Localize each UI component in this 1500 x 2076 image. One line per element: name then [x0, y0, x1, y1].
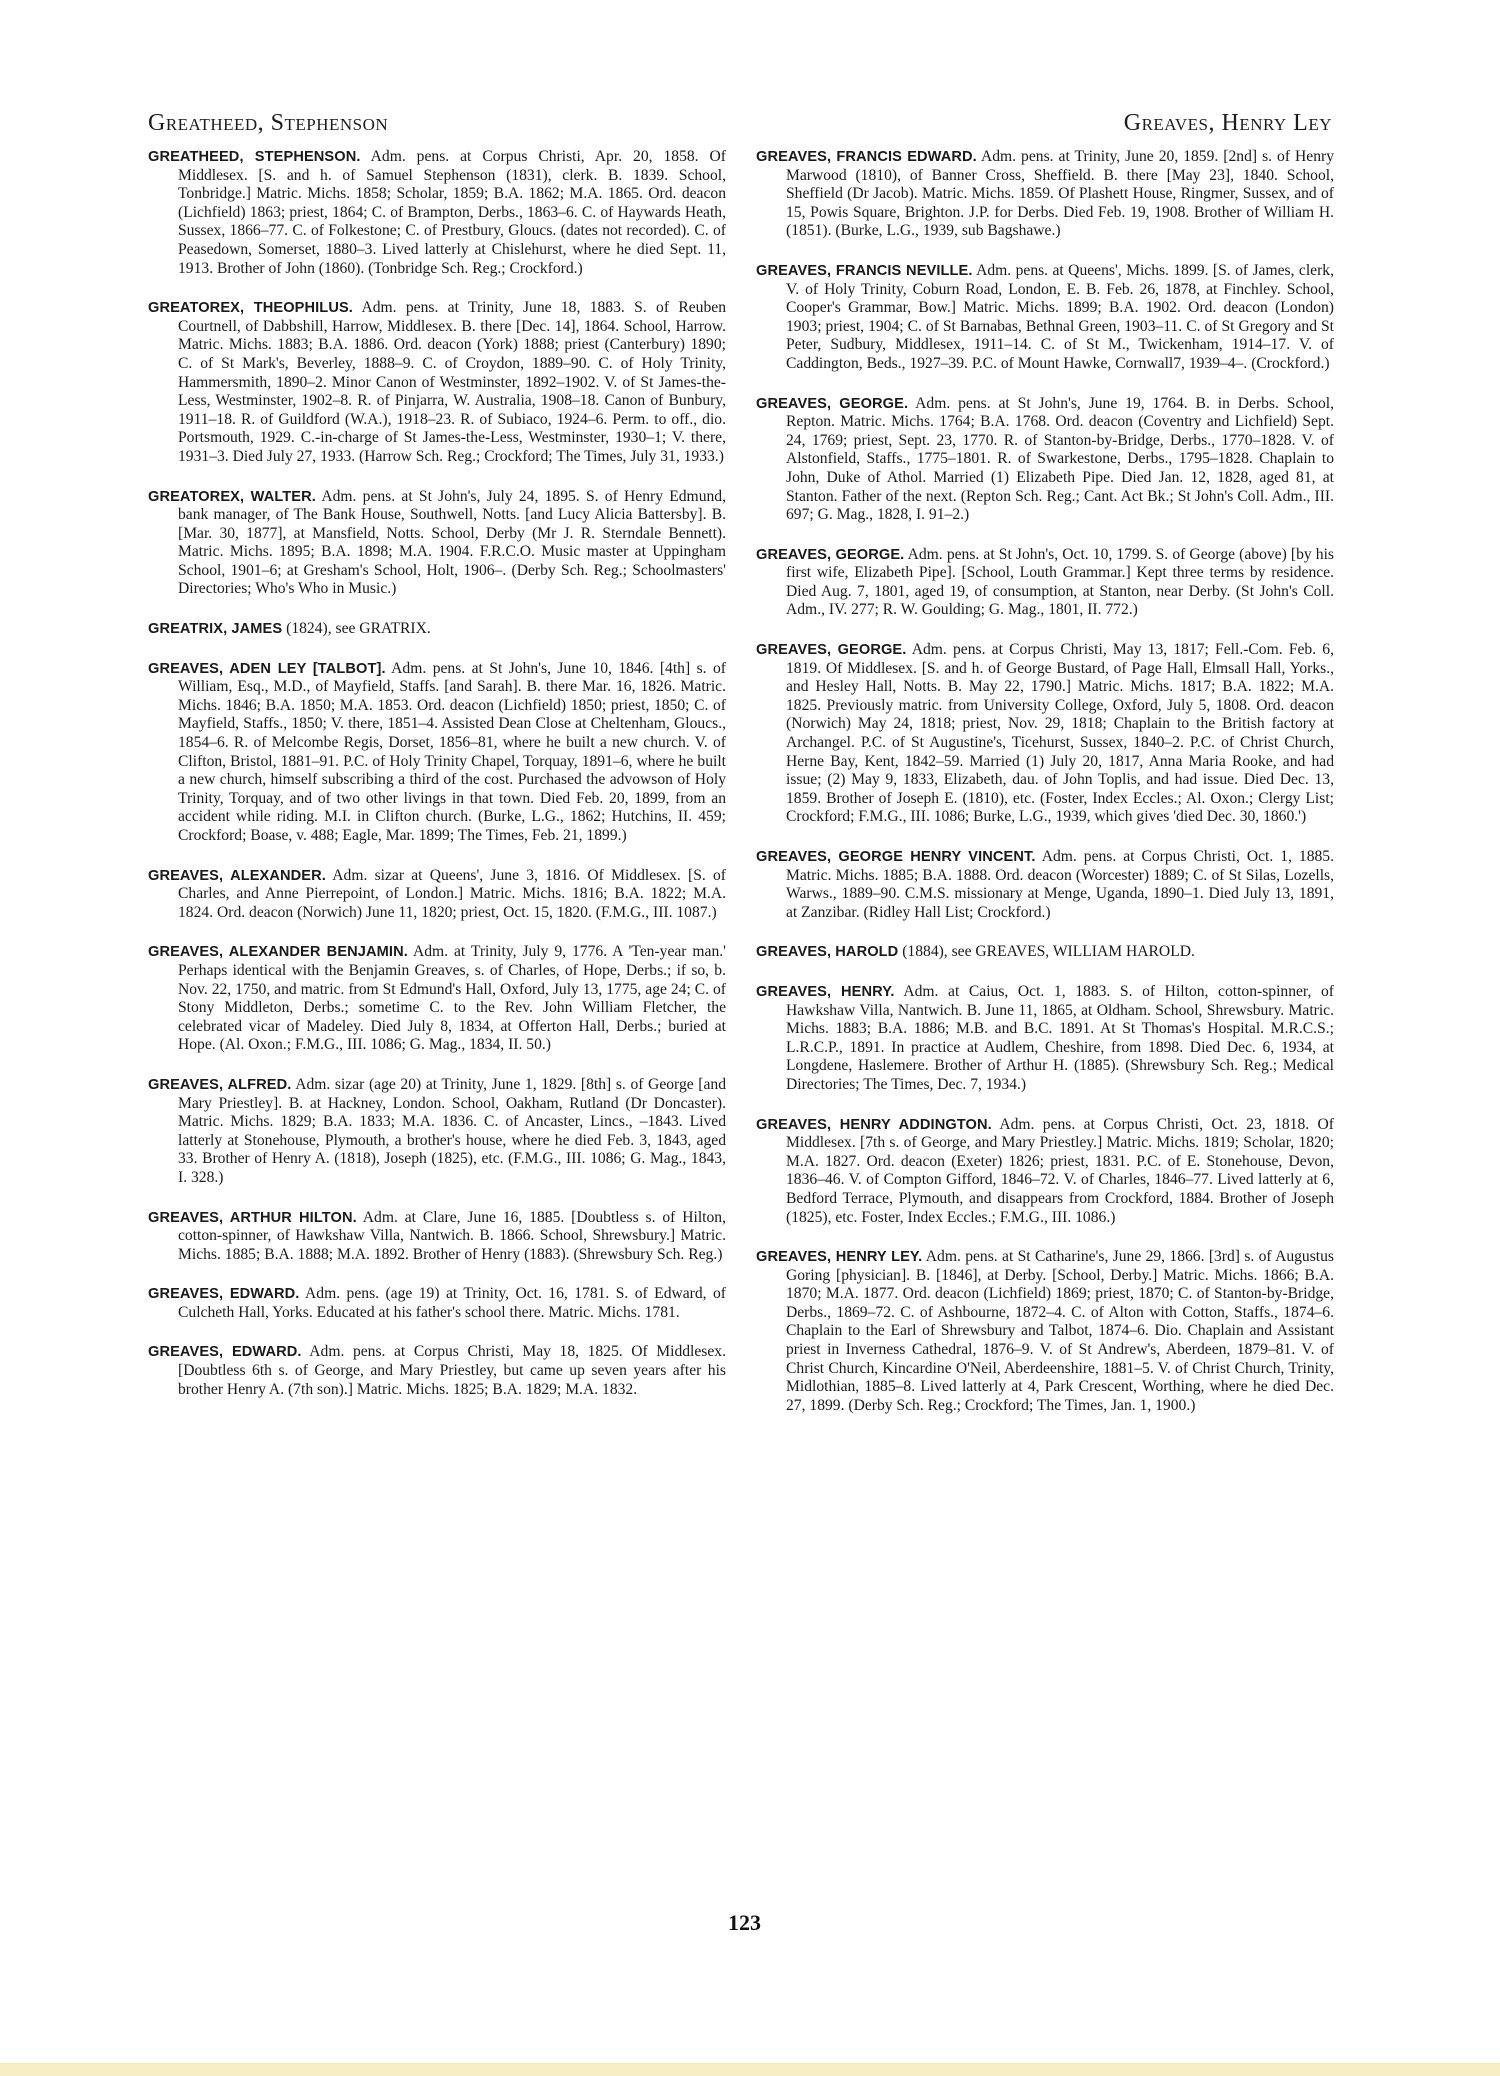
entry-name: GREAVES, FRANCIS NEVILLE.: [756, 263, 973, 279]
entry-name: GREAVES, GEORGE HENRY VINCENT.: [756, 849, 1036, 865]
entry-name: GREAVES, HENRY.: [756, 984, 895, 1000]
entry-text: Adm. pens. at Trinity, June 18, 1883. S.…: [178, 299, 726, 465]
entry: GREATHEED, STEPHENSON. Adm. pens. at Cor…: [148, 148, 726, 278]
entry: GREAVES, ALFRED. Adm. sizar (age 20) at …: [148, 1076, 726, 1188]
entry-text: Adm. pens. at Corpus Christi, Apr. 20, 1…: [178, 148, 726, 277]
entry-name: GREAVES, EDWARD.: [148, 1286, 299, 1302]
entry-cross-reference: GREATRIX, JAMES (1824), see GRATRIX.: [148, 620, 726, 639]
entry-name: GREAVES, GEORGE.: [756, 547, 904, 563]
entry-name: GREAVES, GEORGE.: [756, 396, 908, 412]
page-number: 123: [728, 1910, 761, 1936]
entry-name: GREAVES, HAROLD: [756, 944, 898, 960]
entry-text: (1824), see GRATRIX.: [286, 620, 431, 637]
bottom-status-bar: [0, 2063, 1500, 2076]
entry-name: GREAVES, ALFRED.: [148, 1077, 291, 1093]
entry: GREAVES, HENRY. Adm. at Caius, Oct. 1, 1…: [756, 983, 1334, 1095]
entry-name: GREATRIX, JAMES: [148, 621, 282, 637]
entry: GREAVES, GEORGE. Adm. pens. at St John's…: [756, 395, 1334, 525]
document-page: Greatheed, Stephenson Greaves, Henry Ley…: [0, 0, 1500, 2064]
left-column: GREATHEED, STEPHENSON. Adm. pens. at Cor…: [148, 148, 726, 1420]
entry-name: GREAVES, FRANCIS EDWARD.: [756, 149, 977, 165]
entry: GREAVES, EDWARD. Adm. pens. at Corpus Ch…: [148, 1343, 726, 1399]
right-column: GREAVES, FRANCIS EDWARD. Adm. pens. at T…: [756, 148, 1334, 1436]
entry-name: GREAVES, HENRY LEY.: [756, 1249, 922, 1265]
entry: GREAVES, FRANCIS NEVILLE. Adm. pens. at …: [756, 262, 1334, 374]
entry-name: GREAVES, EDWARD.: [148, 1344, 302, 1360]
entry-name: GREATOREX, WALTER.: [148, 489, 316, 505]
entry: GREAVES, GEORGE HENRY VINCENT. Adm. pens…: [756, 848, 1334, 922]
entry: GREAVES, HENRY ADDINGTON. Adm. pens. at …: [756, 1116, 1334, 1228]
entry-text: Adm. pens. at Corpus Christi, May 13, 18…: [786, 641, 1334, 825]
entry-name: GREAVES, ADEN LEY [TALBOT].: [148, 661, 386, 677]
entry: GREAVES, ARTHUR HILTON. Adm. at Clare, J…: [148, 1209, 726, 1265]
entry-name: GREAVES, GEORGE.: [756, 642, 906, 658]
entry-name: GREATOREX, THEOPHILUS.: [148, 300, 353, 316]
running-head-right: Greaves, Henry Ley: [1124, 110, 1332, 137]
entry: GREATOREX, WALTER. Adm. pens. at St John…: [148, 488, 726, 600]
entry-name: GREAVES, ALEXANDER.: [148, 868, 326, 884]
entry-name: GREAVES, ALEXANDER BENJAMIN.: [148, 944, 408, 960]
entry-text: Adm. pens. at St John's, June 10, 1846. …: [178, 660, 726, 844]
entry: GREAVES, GEORGE. Adm. pens. at Corpus Ch…: [756, 641, 1334, 827]
entry: GREAVES, EDWARD. Adm. pens. (age 19) at …: [148, 1285, 726, 1322]
entry-text: Adm. pens. at St John's, June 19, 1764. …: [786, 395, 1334, 524]
entry: GREAVES, FRANCIS EDWARD. Adm. pens. at T…: [756, 148, 1334, 241]
entry-cross-reference: GREAVES, HAROLD (1884), see GREAVES, WIL…: [756, 943, 1334, 962]
running-head-left: Greatheed, Stephenson: [148, 110, 388, 137]
entry: GREAVES, HENRY LEY. Adm. pens. at St Cat…: [756, 1248, 1334, 1415]
entry: GREAVES, GEORGE. Adm. pens. at St John's…: [756, 546, 1334, 620]
entry: GREATOREX, THEOPHILUS. Adm. pens. at Tri…: [148, 299, 726, 466]
entry-name: GREAVES, ARTHUR HILTON.: [148, 1210, 357, 1226]
entry-text: Adm. pens. at St Catharine's, June 29, 1…: [786, 1248, 1334, 1414]
entry: GREAVES, ADEN LEY [TALBOT]. Adm. pens. a…: [148, 660, 726, 846]
entry-name: GREAVES, HENRY ADDINGTON.: [756, 1117, 992, 1133]
entry-name: GREATHEED, STEPHENSON.: [148, 149, 361, 165]
entry: GREAVES, ALEXANDER BENJAMIN. Adm. at Tri…: [148, 943, 726, 1055]
entry: GREAVES, ALEXANDER. Adm. sizar at Queens…: [148, 867, 726, 923]
entry-text: (1884), see GREAVES, WILLIAM HAROLD.: [902, 943, 1195, 960]
